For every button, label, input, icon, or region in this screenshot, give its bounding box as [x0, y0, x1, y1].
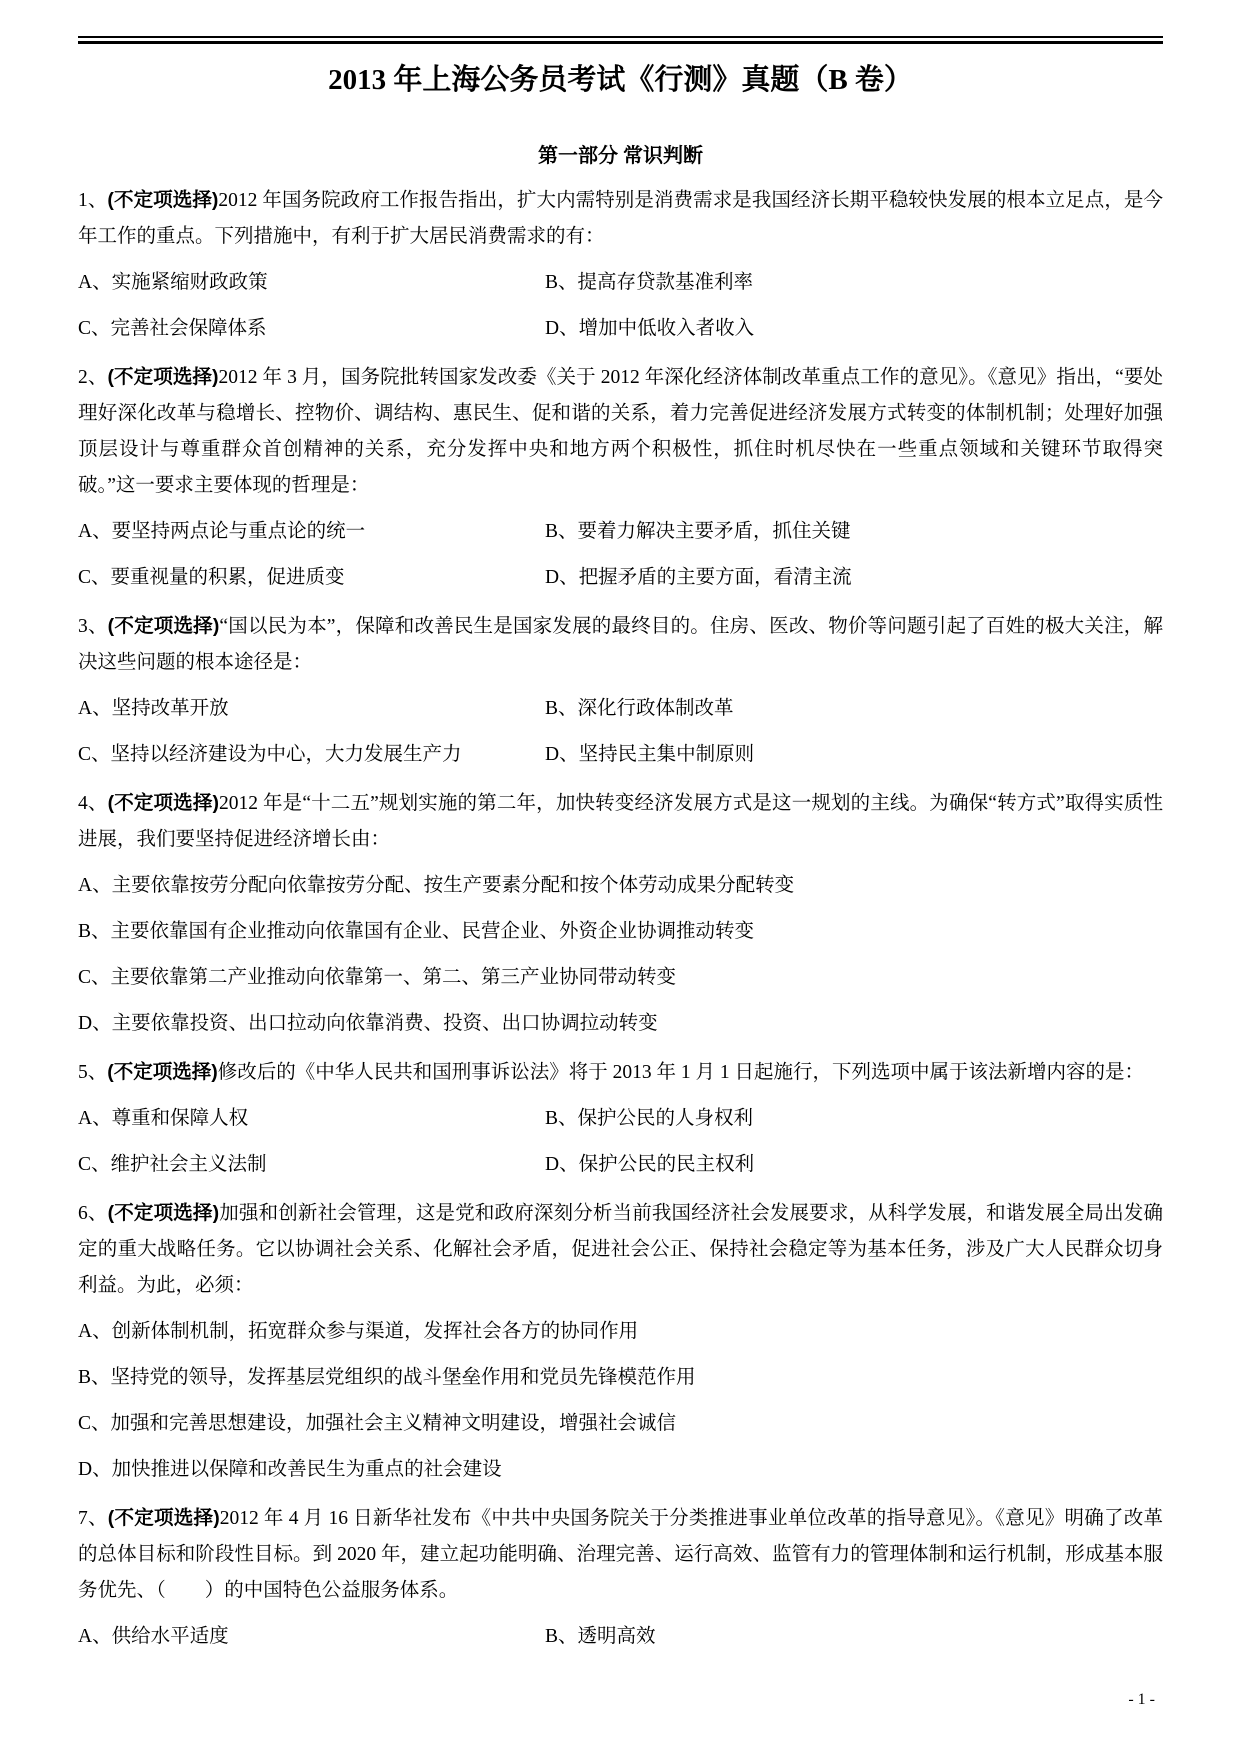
- question-type-tag: (不定项选择): [108, 1507, 220, 1529]
- option-row: A、尊重和保障人权 B、保护公民的人身权利: [78, 1101, 1163, 1137]
- question-text: 2012 年 3 月，国务院批转国家发改委《关于 2012 年深化经济体制改革重…: [78, 367, 1163, 496]
- option-row: C、完善社会保障体系 D、增加中低收入者收入: [78, 311, 1163, 347]
- section-heading: 第一部分 常识判断: [78, 142, 1163, 170]
- question-type-tag: (不定项选择): [107, 189, 218, 211]
- question-text: 加强和创新社会管理，这是党和政府深刻分析当前我国经济社会发展要求，从科学发展，和…: [78, 1203, 1163, 1296]
- question-2: 2、(不定项选择)2012 年 3 月，国务院批转国家发改委《关于 2012 年…: [78, 359, 1163, 596]
- question-type-tag: (不定项选择): [108, 792, 219, 814]
- option-d: D、主要依靠投资、出口拉动向依靠消费、投资、出口协调拉动转变: [78, 1006, 1163, 1042]
- option-c: C、坚持以经济建设为中心，大力发展生产力: [78, 737, 545, 773]
- option-row: A、坚持改革开放 B、深化行政体制改革: [78, 691, 1163, 727]
- question-6: 6、(不定项选择)加强和创新社会管理，这是党和政府深刻分析当前我国经济社会发展要…: [78, 1195, 1163, 1488]
- question-number: 5、: [78, 1062, 107, 1083]
- option-b: B、坚持党的领导，发挥基层党组织的战斗堡垒作用和党员先锋模范作用: [78, 1360, 1163, 1396]
- option-row: A、创新体制机制，拓宽群众参与渠道，发挥社会各方的协同作用: [78, 1314, 1163, 1350]
- question-7: 7、(不定项选择)2012 年 4 月 16 日新华社发布《中共中央国务院关于分…: [78, 1500, 1163, 1655]
- option-c: C、主要依靠第二产业推动向依靠第一、第二、第三产业协同带动转变: [78, 960, 1163, 996]
- option-a: A、要坚持两点论与重点论的统一: [78, 514, 545, 550]
- question-number: 6、: [78, 1203, 108, 1224]
- question-number: 1、: [78, 190, 107, 211]
- option-row: A、实施紧缩财政政策 B、提高存贷款基准利率: [78, 265, 1163, 301]
- question-stem: 2、(不定项选择)2012 年 3 月，国务院批转国家发改委《关于 2012 年…: [78, 359, 1163, 504]
- option-b: B、保护公民的人身权利: [545, 1101, 1163, 1137]
- option-row: D、加快推进以保障和改善民生为重点的社会建设: [78, 1452, 1163, 1488]
- question-text: 修改后的《中华人民共和国刑事诉讼法》将于 2013 年 1 月 1 日起施行，下…: [218, 1062, 1144, 1083]
- option-row: B、坚持党的领导，发挥基层党组织的战斗堡垒作用和党员先锋模范作用: [78, 1360, 1163, 1396]
- option-a: A、主要依靠按劳分配向依靠按劳分配、按生产要素分配和按个体劳动成果分配转变: [78, 868, 1163, 904]
- option-c: C、完善社会保障体系: [78, 311, 545, 347]
- option-a: A、尊重和保障人权: [78, 1101, 545, 1137]
- question-stem: 7、(不定项选择)2012 年 4 月 16 日新华社发布《中共中央国务院关于分…: [78, 1500, 1163, 1609]
- question-number: 4、: [78, 793, 108, 814]
- option-row: A、供给水平适度 B、透明高效: [78, 1619, 1163, 1655]
- question-type-tag: (不定项选择): [107, 1061, 218, 1083]
- question-stem: 4、(不定项选择)2012 年是“十二五”规划实施的第二年，加快转变经济发展方式…: [78, 785, 1163, 858]
- question-stem: 3、(不定项选择)“国以民为本”，保障和改善民生是国家发展的最终目的。住房、医改…: [78, 608, 1163, 681]
- option-d: D、加快推进以保障和改善民生为重点的社会建设: [78, 1452, 1163, 1488]
- option-row: C、主要依靠第二产业推动向依靠第一、第二、第三产业协同带动转变: [78, 960, 1163, 996]
- option-d: D、增加中低收入者收入: [545, 311, 1163, 347]
- option-d: D、坚持民主集中制原则: [545, 737, 1163, 773]
- option-d: D、保护公民的民主权利: [545, 1147, 1163, 1183]
- question-type-tag: (不定项选择): [108, 615, 220, 637]
- option-a: A、坚持改革开放: [78, 691, 545, 727]
- option-row: B、主要依靠国有企业推动向依靠国有企业、民营企业、外资企业协调推动转变: [78, 914, 1163, 950]
- option-a: A、供给水平适度: [78, 1619, 545, 1655]
- question-text: 2012 年是“十二五”规划实施的第二年，加快转变经济发展方式是这一规划的主线。…: [78, 793, 1163, 850]
- option-row: A、要坚持两点论与重点论的统一 B、要着力解决主要矛盾，抓住关键: [78, 514, 1163, 550]
- question-number: 2、: [78, 367, 107, 388]
- option-b: B、提高存贷款基准利率: [545, 265, 1163, 301]
- question-number: 7、: [78, 1508, 108, 1529]
- question-text: 2012 年 4 月 16 日新华社发布《中共中央国务院关于分类推进事业单位改革…: [78, 1508, 1163, 1601]
- option-b: B、透明高效: [545, 1619, 1163, 1655]
- option-row: A、主要依靠按劳分配向依靠按劳分配、按生产要素分配和按个体劳动成果分配转变: [78, 868, 1163, 904]
- question-stem: 5、(不定项选择)修改后的《中华人民共和国刑事诉讼法》将于 2013 年 1 月…: [78, 1054, 1163, 1091]
- option-c: C、维护社会主义法制: [78, 1147, 545, 1183]
- question-text: “国以民为本”，保障和改善民生是国家发展的最终目的。住房、医改、物价等问题引起了…: [78, 616, 1163, 673]
- question-type-tag: (不定项选择): [108, 1202, 219, 1224]
- header-double-rule: [78, 36, 1163, 44]
- question-4: 4、(不定项选择)2012 年是“十二五”规划实施的第二年，加快转变经济发展方式…: [78, 785, 1163, 1042]
- question-stem: 1、(不定项选择)2012 年国务院政府工作报告指出，扩大内需特别是消费需求是我…: [78, 182, 1163, 255]
- question-3: 3、(不定项选择)“国以民为本”，保障和改善民生是国家发展的最终目的。住房、医改…: [78, 608, 1163, 773]
- question-number: 3、: [78, 616, 108, 637]
- option-a: A、创新体制机制，拓宽群众参与渠道，发挥社会各方的协同作用: [78, 1314, 1163, 1350]
- option-c: C、加强和完善思想建设，加强社会主义精神文明建设，增强社会诚信: [78, 1406, 1163, 1442]
- option-d: D、把握矛盾的主要方面，看清主流: [545, 560, 1163, 596]
- option-a: A、实施紧缩财政政策: [78, 265, 545, 301]
- page-number: - 1 -: [1128, 1690, 1155, 1710]
- option-b: B、要着力解决主要矛盾，抓住关键: [545, 514, 1163, 550]
- option-row: C、坚持以经济建设为中心，大力发展生产力 D、坚持民主集中制原则: [78, 737, 1163, 773]
- option-row: C、维护社会主义法制 D、保护公民的民主权利: [78, 1147, 1163, 1183]
- option-row: C、要重视量的积累，促进质变 D、把握矛盾的主要方面，看清主流: [78, 560, 1163, 596]
- document-title: 2013 年上海公务员考试《行测》真题（B 卷）: [78, 60, 1163, 100]
- question-type-tag: (不定项选择): [107, 366, 218, 388]
- option-row: C、加强和完善思想建设，加强社会主义精神文明建设，增强社会诚信: [78, 1406, 1163, 1442]
- option-b: B、主要依靠国有企业推动向依靠国有企业、民营企业、外资企业协调推动转变: [78, 914, 1163, 950]
- question-5: 5、(不定项选择)修改后的《中华人民共和国刑事诉讼法》将于 2013 年 1 月…: [78, 1054, 1163, 1183]
- option-c: C、要重视量的积累，促进质变: [78, 560, 545, 596]
- option-row: D、主要依靠投资、出口拉动向依靠消费、投资、出口协调拉动转变: [78, 1006, 1163, 1042]
- question-text: 2012 年国务院政府工作报告指出，扩大内需特别是消费需求是我国经济长期平稳较快…: [78, 190, 1163, 247]
- document-page: 2013 年上海公务员考试《行测》真题（B 卷） 第一部分 常识判断 1、(不定…: [0, 0, 1241, 1754]
- option-b: B、深化行政体制改革: [545, 691, 1163, 727]
- question-stem: 6、(不定项选择)加强和创新社会管理，这是党和政府深刻分析当前我国经济社会发展要…: [78, 1195, 1163, 1304]
- question-1: 1、(不定项选择)2012 年国务院政府工作报告指出，扩大内需特别是消费需求是我…: [78, 182, 1163, 347]
